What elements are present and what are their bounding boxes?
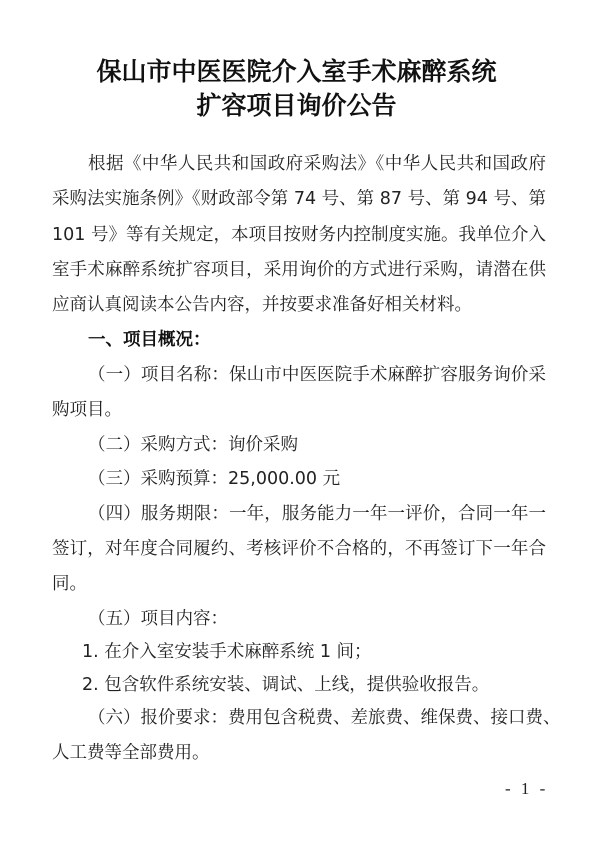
project-name-line: （一）项目名称：保山市中医医院手术麻醉扩容服务询价采 — [88, 363, 546, 387]
intro-paragraph-line: 根据《中华人民共和国政府采购法》《中华人民共和国政府 — [88, 152, 546, 176]
document-title-line-2: 扩容项目询价公告 — [0, 86, 593, 122]
project-content-heading: （五）项目内容： — [88, 607, 546, 631]
project-name-line: 购项目。 — [52, 398, 546, 422]
intro-paragraph-line: 采购法实施条例》《财政部令第 74 号、第 87 号、第 94 号、第 — [52, 187, 546, 211]
intro-paragraph-line: 应商认真阅读本公告内容，并按要求准备好相关材料。 — [52, 293, 546, 317]
service-period-line: 同。 — [52, 572, 546, 596]
service-period-line: 签订，对年度合同履约、考核评价不合格的，不再签订下一年合 — [52, 537, 546, 561]
quote-requirements-line: （六）报价要求：费用包含税费、差旅费、维保费、接口费、 — [88, 706, 546, 730]
intro-paragraph-line: 室手术麻醉系统扩容项目，采用询价的方式进行采购，请潜在供 — [52, 258, 546, 282]
procurement-method: （二）采购方式：询价采购 — [88, 433, 546, 457]
service-period-line: （四）服务期限：一年，服务能力一年一评价，合同一年一 — [88, 502, 546, 526]
procurement-budget: （三）采购预算：25,000.00 元 — [88, 467, 546, 491]
document-page: 保山市中医医院介入室手术麻醉系统 扩容项目询价公告 根据《中华人民共和国政府采购… — [0, 0, 593, 844]
intro-paragraph-line: 101 号》等有关规定，本项目按财务内控制度实施。我单位介入 — [52, 223, 546, 247]
project-content-item: 2. 包含软件系统安装、调试、上线，提供验收报告。 — [82, 673, 540, 697]
project-content-item: 1. 在介入室安装手术麻醉系统 1 间； — [82, 640, 540, 664]
section-heading-project-overview: 一、项目概况： — [88, 328, 546, 352]
page-number: - 1 - — [505, 779, 548, 799]
document-title-line-1: 保山市中医医院介入室手术麻醉系统 — [0, 52, 593, 88]
quote-requirements-line: 人工费等全部费用。 — [52, 741, 546, 765]
